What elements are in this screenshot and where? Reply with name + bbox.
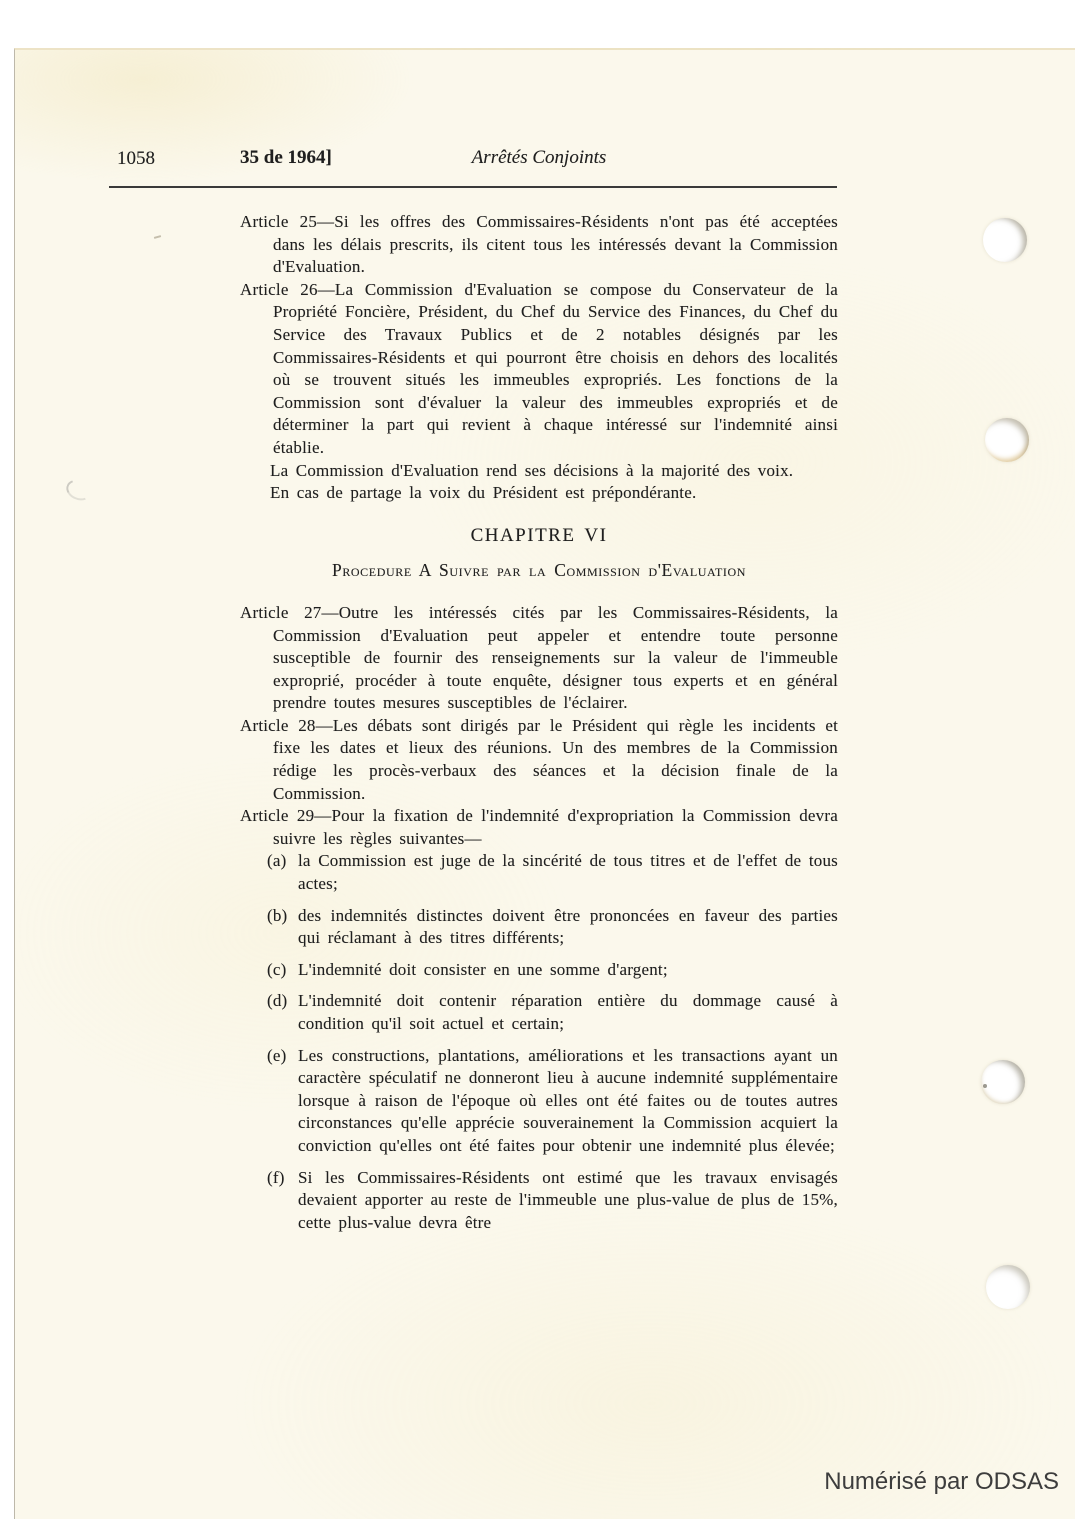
running-title: Arrêtés Conjoints [240, 147, 838, 169]
page-content: 1058 35 de 1964] Arrêtés Conjoints Artic… [0, 0, 1075, 1519]
header-rule [109, 186, 837, 188]
article-paragraph: Article 27—Outre les intéressés cités pa… [240, 602, 838, 715]
list-item-text: L'indemnité doit contenir réparation ent… [298, 990, 838, 1035]
list-item: (d)L'indemnité doit contenir réparation … [240, 990, 838, 1035]
punch-hole-1 [983, 218, 1027, 262]
list-item-label: (c) [267, 959, 298, 982]
article-paragraph: Article 29—Pour la fixation de l'indemni… [240, 805, 838, 850]
list-item-label: (e) [267, 1045, 298, 1158]
list-item: (b)des indemnités distinctes doivent êtr… [240, 905, 838, 950]
list-item-text: Si les Commissaires-Résidents ont estimé… [298, 1167, 838, 1235]
indented-paragraph: En cas de partage la voix du Président e… [240, 482, 838, 505]
list-item-text: L'indemnité doit consister en une somme … [298, 959, 838, 982]
list-item-text: des indemnités distinctes doivent être p… [298, 905, 838, 950]
text-column: Article 25—Si les offres des Commissaire… [240, 211, 838, 1243]
list-item-text: la Commission est juge de la sincérité d… [298, 850, 838, 895]
chapter-heading: CHAPITRE VI [240, 525, 838, 548]
list-item-label: (a) [267, 850, 298, 895]
list-item: (c)L'indemnité doit consister en une som… [240, 959, 838, 982]
article-paragraph: Article 26—La Commission d'Evaluation se… [240, 279, 838, 460]
list-item-label: (d) [267, 990, 298, 1035]
list-item-label: (f) [267, 1167, 298, 1235]
punch-hole-4 [986, 1265, 1030, 1309]
article-paragraph: Article 25—Si les offres des Commissaire… [240, 211, 838, 279]
list-item: (e)Les constructions, plantations, améli… [240, 1045, 838, 1158]
scanned-page: { "colors": { "paper": "#fbf8ec", "ink":… [0, 0, 1075, 1519]
list-item-label: (b) [267, 905, 298, 950]
punch-hole-2 [985, 418, 1029, 462]
list-item-text: Les constructions, plantations, améliora… [298, 1045, 838, 1158]
article-paragraph: Article 28—Les débats sont dirigés par l… [240, 715, 838, 805]
page-number: 1058 [117, 148, 155, 170]
list-item: (a)la Commission est juge de la sincérit… [240, 850, 838, 895]
section-heading: Procedure A Suivre par la Commission d'E… [240, 559, 838, 582]
indented-paragraph: La Commission d'Evaluation rend ses déci… [240, 460, 838, 483]
digitization-credit: Numérisé par ODSAS [824, 1468, 1059, 1496]
list-item: (f)Si les Commissaires-Résidents ont est… [240, 1167, 838, 1235]
punch-hole-3 [981, 1060, 1025, 1104]
